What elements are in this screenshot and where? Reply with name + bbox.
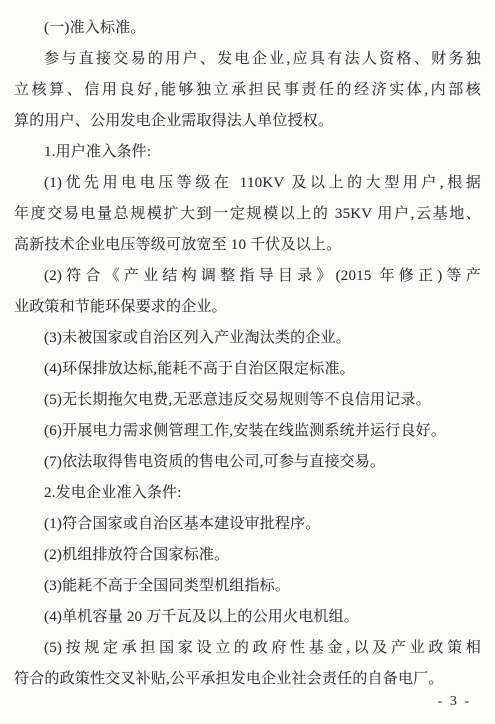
scanned-document-page: (一)准入标准。 参与直接交易的用户、发电企业,应具有法人资格、财务独 立核算、… bbox=[0, 0, 495, 724]
document-body: (一)准入标准。 参与直接交易的用户、发电企业,应具有法人资格、财务独 立核算、… bbox=[14, 13, 481, 695]
generator-condition-item-4: (4)单机容量 20 万千瓦及以上的公用火电机组。 bbox=[14, 602, 481, 633]
text-line: (1)优先用电电压等级在 110KV 及以上的大型用户,根据 bbox=[14, 168, 481, 199]
user-condition-item-6: (6)开展电力需求侧管理工作,安装在线监测系统并运行良好。 bbox=[14, 416, 481, 447]
text-line: 参与直接交易的用户、发电企业,应具有法人资格、财务独 bbox=[14, 44, 481, 75]
text-line: 2.发电企业准入条件: bbox=[14, 478, 481, 509]
text-line: (2)符合《产业结构调整指导目录》(2015 年修正)等产 bbox=[14, 261, 481, 292]
text-line: (2)机组排放符合国家标准。 bbox=[14, 540, 481, 571]
text-line: (5)无长期拖欠电费,无恶意违反交易规则等不良信用记录。 bbox=[14, 385, 481, 416]
user-conditions-subheading: 1.用户准入条件: bbox=[14, 137, 481, 168]
text-line: (1)符合国家或自治区基本建设审批程序。 bbox=[14, 509, 481, 540]
text-line: (6)开展电力需求侧管理工作,安装在线监测系统并运行良好。 bbox=[14, 416, 481, 447]
user-condition-item-1: (1)优先用电电压等级在 110KV 及以上的大型用户,根据 年度交易电量总规模… bbox=[14, 168, 481, 261]
section-heading: (一)准入标准。 bbox=[14, 13, 481, 44]
user-condition-item-7: (7)依法取得售电资质的售电公司,可参与直接交易。 bbox=[14, 447, 481, 478]
generator-condition-item-5: (5)按规定承担国家设立的政府性基金,以及产业政策相 符合的政策性交叉补贴,公平… bbox=[14, 633, 481, 695]
user-condition-item-3: (3)未被国家或自治区列入产业淘汰类的企业。 bbox=[14, 323, 481, 354]
user-condition-item-2: (2)符合《产业结构调整指导目录》(2015 年修正)等产 业政策和节能环保要求… bbox=[14, 261, 481, 323]
text-line: 1.用户准入条件: bbox=[14, 137, 481, 168]
text-line: (一)准入标准。 bbox=[14, 13, 481, 44]
text-line: (4)单机容量 20 万千瓦及以上的公用火电机组。 bbox=[14, 602, 481, 633]
text-line: (7)依法取得售电资质的售电公司,可参与直接交易。 bbox=[14, 447, 481, 478]
text-line: 符合的政策性交叉补贴,公平承担发电企业社会责任的自备电厂。 bbox=[14, 664, 481, 695]
generator-condition-item-2: (2)机组排放符合国家标准。 bbox=[14, 540, 481, 571]
text-line: (5)按规定承担国家设立的政府性基金,以及产业政策相 bbox=[14, 633, 481, 664]
text-line: 年度交易电量总规模扩大到一定规模以上的 35KV 用户,云基地、 bbox=[14, 199, 481, 230]
generator-condition-item-3: (3)能耗不高于全国同类型机组指标。 bbox=[14, 571, 481, 602]
intro-paragraph: 参与直接交易的用户、发电企业,应具有法人资格、财务独 立核算、信用良好,能够独立… bbox=[14, 44, 481, 137]
generator-condition-item-1: (1)符合国家或自治区基本建设审批程序。 bbox=[14, 509, 481, 540]
text-line: 算的用户、公用发电企业需取得法人单位授权。 bbox=[14, 106, 481, 137]
text-line: (4)环保排放达标,能耗不高于自治区限定标准。 bbox=[14, 354, 481, 385]
text-line: (3)能耗不高于全国同类型机组指标。 bbox=[14, 571, 481, 602]
page-number: - 3 - bbox=[438, 694, 471, 710]
user-condition-item-4: (4)环保排放达标,能耗不高于自治区限定标准。 bbox=[14, 354, 481, 385]
text-line: 高新技术企业电压等级可放宽至 10 千伏及以上。 bbox=[14, 230, 481, 261]
text-line: 业政策和节能环保要求的企业。 bbox=[14, 292, 481, 323]
user-condition-item-5: (5)无长期拖欠电费,无恶意违反交易规则等不良信用记录。 bbox=[14, 385, 481, 416]
generator-conditions-subheading: 2.发电企业准入条件: bbox=[14, 478, 481, 509]
text-line: (3)未被国家或自治区列入产业淘汰类的企业。 bbox=[14, 323, 481, 354]
text-line: 立核算、信用良好,能够独立承担民事责任的经济实体,内部核 bbox=[14, 75, 481, 106]
